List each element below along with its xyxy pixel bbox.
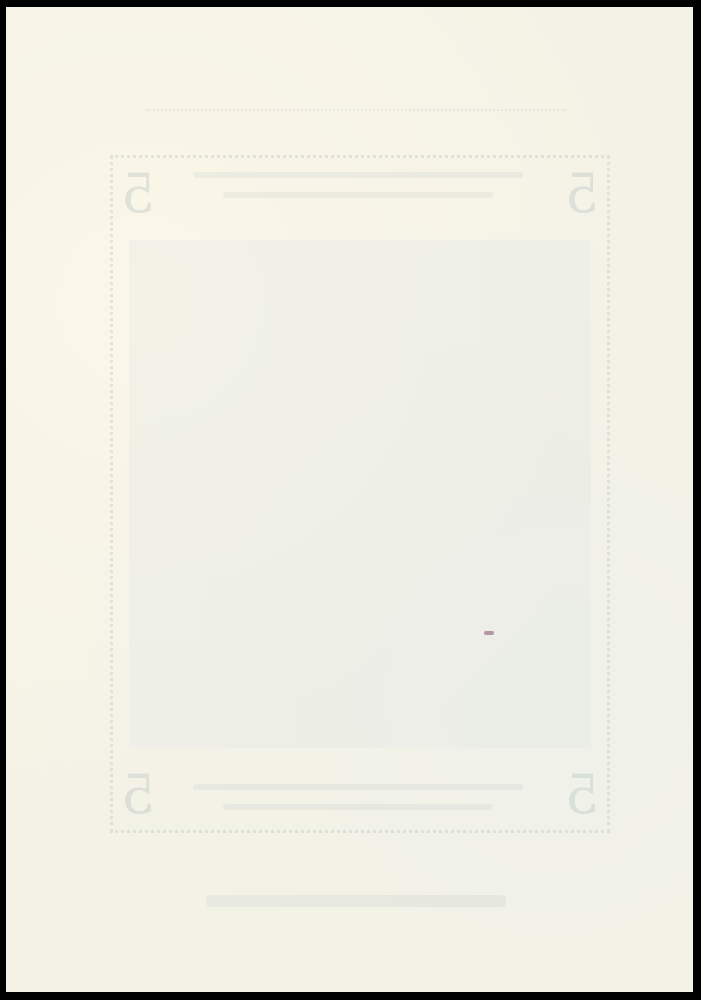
show-through-caption [206,895,506,907]
show-through-stamp-image [129,240,591,748]
show-through-stamp-perforation: 5 5 5 5 [110,155,610,833]
show-through-text-line [193,172,523,178]
denomination-glyph: 5 [565,763,599,826]
denomination-glyph: 5 [565,162,599,225]
show-through-text-line [193,784,523,790]
denomination-glyph: 5 [121,162,155,225]
ink-speck [484,631,494,635]
sheet-paper: 5 5 5 5 [6,7,693,992]
show-through-text-line [223,804,493,810]
show-through-text-line [223,192,493,198]
show-through-title [146,69,566,111]
denomination-glyph: 5 [121,763,155,826]
